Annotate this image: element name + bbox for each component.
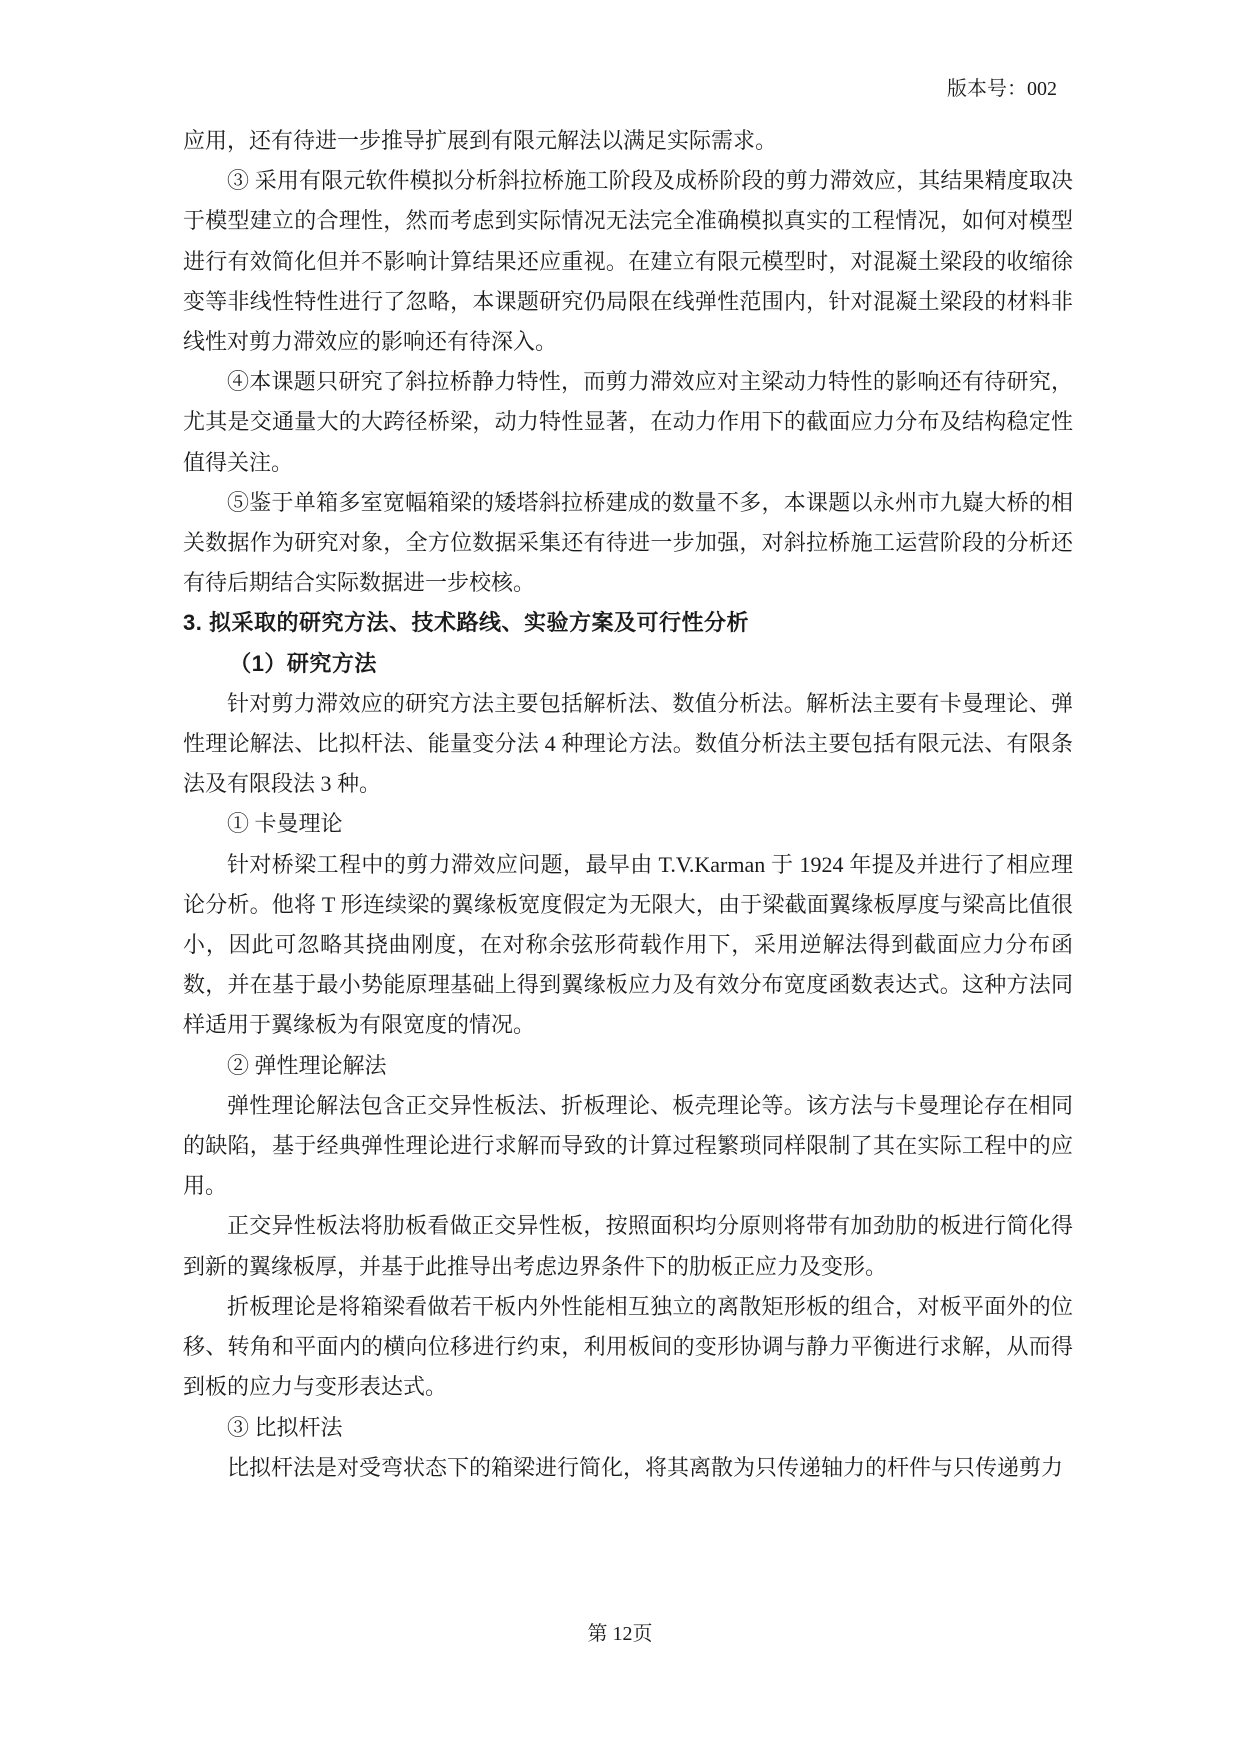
paragraph-elastic-theory: 弹性理论解法包含正交异性板法、折板理论、板壳理论等。该方法与卡曼理论存在相同的缺…	[183, 1086, 1073, 1207]
page-number: 第 12页	[588, 1623, 653, 1645]
version-number-label: 版本号：002	[947, 78, 1057, 100]
paragraph-analog-bar-method: 比拟杆法是对受弯状态下的箱梁进行简化，将其离散为只传递轴力的杆件与只传递剪力	[183, 1448, 1073, 1488]
subheading-elastic-theory: ② 弹性理论解法	[183, 1046, 1073, 1086]
subheading-analog-bar-method: ③ 比拟杆法	[183, 1408, 1073, 1448]
paragraph-item-3: ③ 采用有限元软件模拟分析斜拉桥施工阶段及成桥阶段的剪力滞效应，其结果精度取决于…	[183, 161, 1073, 362]
paragraph-orthotropic-plate: 正交异性板法将肋板看做正交异性板，按照面积均分原则将带有加劲肋的板进行简化得到新…	[183, 1206, 1073, 1286]
paragraph-research-methods-intro: 针对剪力滞效应的研究方法主要包括解析法、数值分析法。解析法主要有卡曼理论、弹性理…	[183, 684, 1073, 805]
subheading-karman-theory: ① 卡曼理论	[183, 804, 1073, 844]
page-footer: 第 12页	[0, 1620, 1240, 1648]
document-body: 应用，还有待进一步推导扩展到有限元解法以满足实际需求。 ③ 采用有限元软件模拟分…	[183, 121, 1073, 1488]
paragraph-folded-plate: 折板理论是将箱梁看做若干板内外性能相互独立的离散矩形板的组合，对板平面外的位移、…	[183, 1287, 1073, 1408]
paragraph-item-5: ⑤鉴于单箱多室宽幅箱梁的矮塔斜拉桥建成的数量不多，本课题以永州市九嶷大桥的相关数…	[183, 483, 1073, 604]
document-page: 版本号：002 应用，还有待进一步推导扩展到有限元解法以满足实际需求。 ③ 采用…	[0, 0, 1240, 1753]
page-header: 版本号：002	[183, 76, 1057, 102]
subsection-heading-research-methods: （1）研究方法	[183, 644, 1073, 684]
paragraph-continuation: 应用，还有待进一步推导扩展到有限元解法以满足实际需求。	[183, 121, 1073, 161]
paragraph-item-4: ④本课题只研究了斜拉桥静力特性，而剪力滞效应对主梁动力特性的影响还有待研究，尤其…	[183, 362, 1073, 483]
paragraph-karman-theory: 针对桥梁工程中的剪力滞效应问题，最早由 T.V.Karman 于 1924 年提…	[183, 845, 1073, 1046]
section-heading-3: 3. 拟采取的研究方法、技术路线、实验方案及可行性分析	[183, 603, 1073, 643]
